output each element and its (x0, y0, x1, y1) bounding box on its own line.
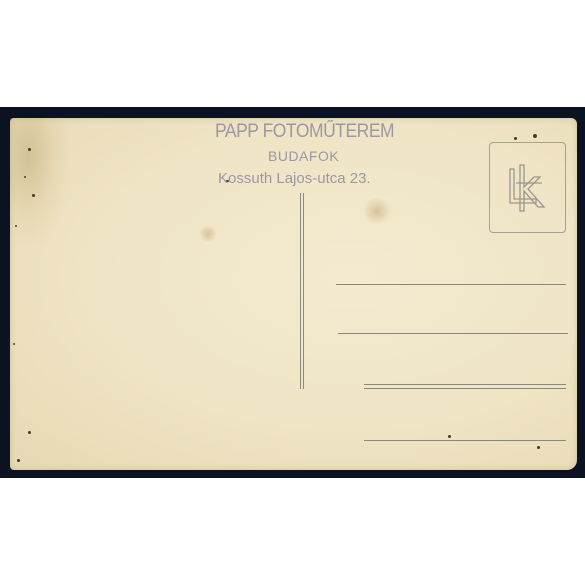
lk-monogram-icon (506, 163, 550, 213)
foxing-spot (15, 225, 17, 227)
foxing-spot (17, 459, 20, 462)
foxing-spot (514, 137, 517, 140)
photographer-stamp-line1: PAPP FOTOMŰTEREM (215, 121, 394, 143)
foxing-spot (448, 435, 451, 438)
photographer-stamp-line2: BUDAFOK (268, 148, 339, 164)
photographer-stamp-line3: Kossuth Lajos-utca 23. (218, 170, 371, 187)
foxing-spot (28, 148, 31, 151)
foxing-spot (13, 343, 15, 345)
foxing-spot (537, 446, 540, 449)
center-divider-line (300, 193, 304, 389)
water-stain (362, 198, 392, 224)
address-line-1 (336, 284, 566, 285)
foxing-spot (24, 176, 26, 178)
address-line-3 (364, 384, 566, 389)
stamp-placement-box (489, 142, 566, 233)
foxing-spot (533, 134, 537, 138)
foxing-spot (28, 431, 31, 434)
address-line-4 (364, 440, 566, 441)
foxing-spot (32, 194, 35, 197)
water-stain (198, 226, 218, 242)
foxing-stain (10, 118, 70, 248)
address-line-2 (338, 333, 568, 334)
postcard-back: PAPP FOTOMŰTEREM BUDAFOK Kossuth Lajos-u… (10, 118, 577, 470)
